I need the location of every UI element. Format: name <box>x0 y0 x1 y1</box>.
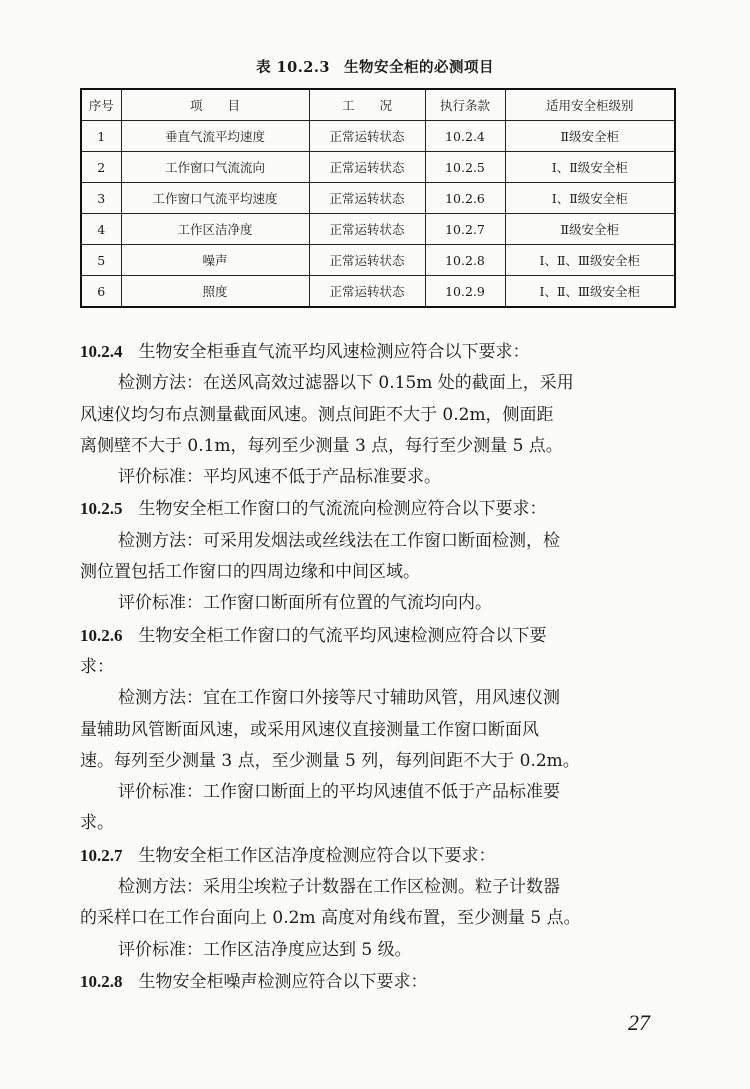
cell-cabinet-class: Ⅱ级安全柜 <box>505 214 675 245</box>
paragraph-line: 风速仪均匀布点测量截面风速。测点间距不大于 0.2m，侧面距 <box>80 400 680 431</box>
paragraph-line: 检测方法：宜在工作窗口外接等尺寸辅助风管，用风速仪测 <box>80 683 680 714</box>
paragraph-line: 求： <box>80 652 680 683</box>
required-test-items-table: 序号 项 目 工 况 执行条款 适用安全柜级别 1垂直气流平均速度正常运转状态1… <box>80 88 676 308</box>
section-number: 10.2.4 <box>80 342 123 361</box>
line-text: 的采样口在工作台面向上 0.2m 高度对角线布置，至少测量 5 点。 <box>80 908 581 928</box>
line-text: 检测方法：可采用发烟法或丝线法在工作窗口断面检测，检 <box>118 531 560 551</box>
cell-cabinet-class: Ⅰ、Ⅱ、Ⅲ级安全柜 <box>505 245 675 276</box>
cell-cabinet-class: Ⅰ、Ⅱ级安全柜 <box>505 152 675 183</box>
line-text: 检测方法：采用尘埃粒子计数器在工作区检测。粒子计数器 <box>118 877 560 897</box>
table-row: 4工作区洁净度正常运转状态10.2.7Ⅱ级安全柜 <box>81 214 675 245</box>
cell-condition: 正常运转状态 <box>309 276 425 308</box>
body-text: 10.2.4生物安全柜垂直气流平均风速检测应符合以下要求：检测方法：在送风高效过… <box>80 336 680 998</box>
section-number: 10.2.7 <box>80 846 123 865</box>
cell-condition: 正常运转状态 <box>309 183 425 214</box>
section-heading: 10.2.5生物安全柜工作窗口的气流流向检测应符合以下要求： <box>80 493 680 525</box>
line-text: 速。每列至少测量 3 点，至少测量 5 列，每列间距不大于 0.2m。 <box>80 751 580 771</box>
line-text: 量辅助风管断面风速，或采用风速仪直接测量工作窗口断面风 <box>80 720 539 740</box>
cell-item: 垂直气流平均速度 <box>121 121 309 152</box>
cell-index: 2 <box>81 152 121 183</box>
header-cabinet-class: 适用安全柜级别 <box>505 89 675 121</box>
line-text: 求： <box>80 657 114 677</box>
header-item: 项 目 <box>121 89 309 121</box>
header-clause: 执行条款 <box>425 89 505 121</box>
cell-clause: 10.2.6 <box>425 183 505 214</box>
line-text: 离侧壁不大于 0.1m，每列至少测量 3 点，每行至少测量 5 点。 <box>80 436 563 456</box>
section-number: 10.2.5 <box>80 499 123 518</box>
cell-condition: 正常运转状态 <box>309 214 425 245</box>
table-row: 3工作窗口气流平均速度正常运转状态10.2.6Ⅰ、Ⅱ级安全柜 <box>81 183 675 214</box>
paragraph-line: 速。每列至少测量 3 点，至少测量 5 列，每列间距不大于 0.2m。 <box>80 746 680 777</box>
table-title: 生物安全柜的必测项目 <box>344 59 494 76</box>
line-text: 生物安全柜工作窗口的气流流向检测应符合以下要求： <box>139 499 547 519</box>
cell-condition: 正常运转状态 <box>309 121 425 152</box>
paragraph-line: 离侧壁不大于 0.1m，每列至少测量 3 点，每行至少测量 5 点。 <box>80 431 680 462</box>
line-text: 生物安全柜工作区洁净度检测应符合以下要求： <box>139 846 496 866</box>
page-number: 27 <box>628 1010 650 1036</box>
section-heading: 10.2.8生物安全柜噪声检测应符合以下要求： <box>80 966 680 998</box>
paragraph-line: 评价标准：工作窗口断面所有位置的气流均向内。 <box>80 588 680 619</box>
paragraph-line: 评价标准：平均风速不低于产品标准要求。 <box>80 462 680 493</box>
paragraph-line: 检测方法：在送风高效过滤器以下 0.15m 处的截面上，采用 <box>80 368 680 399</box>
cell-item: 工作区洁净度 <box>121 214 309 245</box>
paragraph-line: 检测方法：采用尘埃粒子计数器在工作区检测。粒子计数器 <box>80 872 680 903</box>
line-text: 评价标准：工作区洁净度应达到 5 级。 <box>118 940 412 960</box>
cell-cabinet-class: Ⅱ级安全柜 <box>505 121 675 152</box>
line-text: 求。 <box>80 813 114 833</box>
cell-condition: 正常运转状态 <box>309 152 425 183</box>
cell-clause: 10.2.5 <box>425 152 505 183</box>
cell-condition: 正常运转状态 <box>309 245 425 276</box>
cell-item: 噪声 <box>121 245 309 276</box>
paragraph-line: 求。 <box>80 808 680 839</box>
cell-clause: 10.2.4 <box>425 121 505 152</box>
cell-index: 3 <box>81 183 121 214</box>
line-text: 生物安全柜工作窗口的气流平均风速检测应符合以下要 <box>139 626 547 646</box>
line-text: 测位置包括工作窗口的四周边缘和中间区域。 <box>80 562 420 582</box>
table-caption: 表 10.2.3生物安全柜的必测项目 <box>0 56 750 77</box>
cell-index: 4 <box>81 214 121 245</box>
table-header-row: 序号 项 目 工 况 执行条款 适用安全柜级别 <box>81 89 675 121</box>
cell-cabinet-class: Ⅰ、Ⅱ、Ⅲ级安全柜 <box>505 276 675 308</box>
line-text: 生物安全柜垂直气流平均风速检测应符合以下要求： <box>139 342 530 362</box>
section-heading: 10.2.4生物安全柜垂直气流平均风速检测应符合以下要求： <box>80 336 680 368</box>
line-text: 评价标准：工作窗口断面所有位置的气流均向内。 <box>118 593 492 613</box>
cell-clause: 10.2.8 <box>425 245 505 276</box>
paragraph-line: 评价标准：工作区洁净度应达到 5 级。 <box>80 935 680 966</box>
header-index: 序号 <box>81 89 121 121</box>
cell-item: 工作窗口气流流向 <box>121 152 309 183</box>
paragraph-line: 的采样口在工作台面向上 0.2m 高度对角线布置，至少测量 5 点。 <box>80 903 680 934</box>
line-text: 检测方法：在送风高效过滤器以下 0.15m 处的截面上，采用 <box>118 373 574 393</box>
cell-index: 5 <box>81 245 121 276</box>
paragraph-line: 评价标准：工作窗口断面上的平均风速值不低于产品标准要 <box>80 777 680 808</box>
cell-index: 6 <box>81 276 121 308</box>
line-text: 评价标准：工作窗口断面上的平均风速值不低于产品标准要 <box>118 782 560 802</box>
paragraph-line: 测位置包括工作窗口的四周边缘和中间区域。 <box>80 557 680 588</box>
cell-item: 照度 <box>121 276 309 308</box>
line-text: 风速仪均匀布点测量截面风速。测点间距不大于 0.2m，侧面距 <box>80 405 554 425</box>
paragraph-line: 检测方法：可采用发烟法或丝线法在工作窗口断面检测，检 <box>80 526 680 557</box>
table-number: 表 10.2.3 <box>256 59 330 76</box>
section-heading: 10.2.6生物安全柜工作窗口的气流平均风速检测应符合以下要 <box>80 620 680 652</box>
cell-cabinet-class: Ⅰ、Ⅱ级安全柜 <box>505 183 675 214</box>
section-heading: 10.2.7生物安全柜工作区洁净度检测应符合以下要求： <box>80 840 680 872</box>
line-text: 生物安全柜噪声检测应符合以下要求： <box>139 972 428 992</box>
cell-item: 工作窗口气流平均速度 <box>121 183 309 214</box>
cell-clause: 10.2.9 <box>425 276 505 308</box>
section-number: 10.2.8 <box>80 972 123 991</box>
cell-index: 1 <box>81 121 121 152</box>
paragraph-line: 量辅助风管断面风速，或采用风速仪直接测量工作窗口断面风 <box>80 715 680 746</box>
header-condition: 工 况 <box>309 89 425 121</box>
table-row: 5噪声正常运转状态10.2.8Ⅰ、Ⅱ、Ⅲ级安全柜 <box>81 245 675 276</box>
line-text: 评价标准：平均风速不低于产品标准要求。 <box>118 467 441 487</box>
table-row: 1垂直气流平均速度正常运转状态10.2.4Ⅱ级安全柜 <box>81 121 675 152</box>
line-text: 检测方法：宜在工作窗口外接等尺寸辅助风管，用风速仪测 <box>118 688 560 708</box>
table-row: 2工作窗口气流流向正常运转状态10.2.5Ⅰ、Ⅱ级安全柜 <box>81 152 675 183</box>
cell-clause: 10.2.7 <box>425 214 505 245</box>
section-number: 10.2.6 <box>80 626 123 645</box>
table-row: 6照度正常运转状态10.2.9Ⅰ、Ⅱ、Ⅲ级安全柜 <box>81 276 675 308</box>
